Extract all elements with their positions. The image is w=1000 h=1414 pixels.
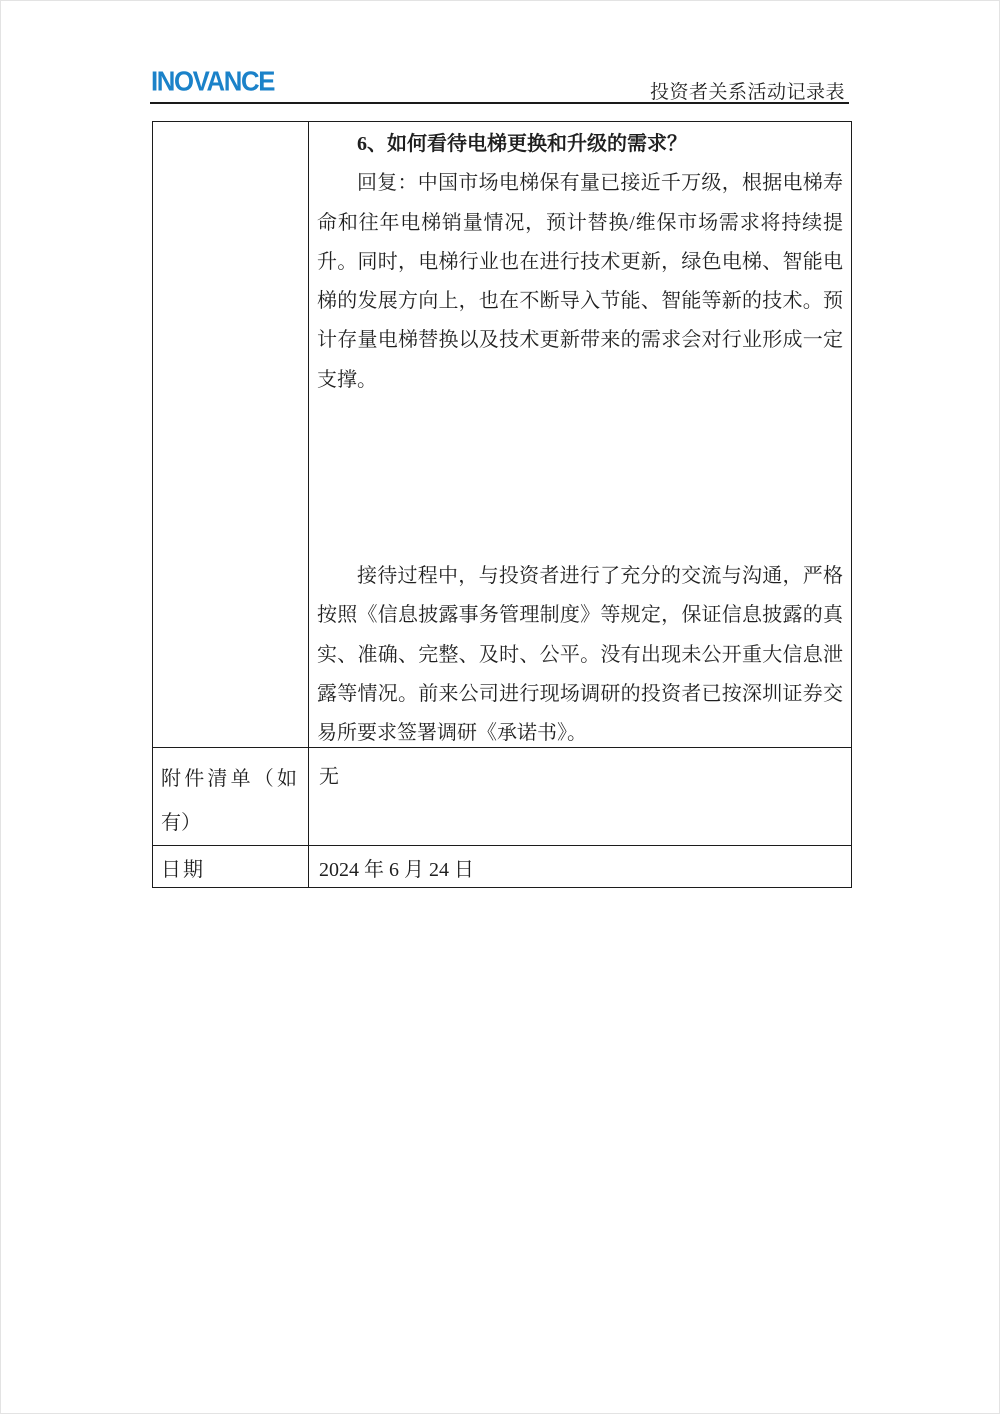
table-row-date: 日期 2024 年 6 月 24 日 — [153, 846, 852, 888]
main-content: 6、如何看待电梯更换和升级的需求？ 回复：中国市场电梯保有量已接近千万级，根据电… — [309, 122, 851, 747]
date-value: 2024 年 6 月 24 日 — [309, 846, 852, 888]
attachments-label: 附件清单（如有） — [161, 757, 297, 845]
record-table: 6、如何看待电梯更换和升级的需求？ 回复：中国市场电梯保有量已接近千万级，根据电… — [152, 121, 852, 888]
table-row-main: 6、如何看待电梯更换和升级的需求？ 回复：中国市场电梯保有量已接近千万级，根据电… — [153, 122, 852, 748]
header-divider-line — [150, 102, 849, 104]
attachments-value: 无 — [309, 748, 852, 846]
attachments-label-cell: 附件清单（如有） — [153, 748, 309, 846]
document-page: INOVANCE 投资者关系活动记录表 6、如何看待电梯更换和升级的需求？ 回复… — [0, 0, 1000, 1414]
answer-paragraph: 回复：中国市场电梯保有量已接近千万级，根据电梯寿命和往年电梯销量情况，预计替换/… — [317, 164, 843, 400]
inovance-logo: INOVANCE — [151, 66, 274, 97]
date-label: 日期 — [153, 846, 309, 888]
main-row-label-cell-empty — [153, 122, 309, 748]
table-row-attachments: 附件清单（如有） 无 — [153, 748, 852, 846]
document-header-title: 投资者关系活动记录表 — [650, 77, 845, 104]
closing-paragraph: 接待过程中，与投资者进行了充分的交流与沟通，严格按照《信息披露事务管理制度》等规… — [317, 557, 843, 747]
main-row-content-cell: 6、如何看待电梯更换和升级的需求？ 回复：中国市场电梯保有量已接近千万级，根据电… — [309, 122, 852, 748]
question-heading: 6、如何看待电梯更换和升级的需求？ — [317, 125, 843, 164]
